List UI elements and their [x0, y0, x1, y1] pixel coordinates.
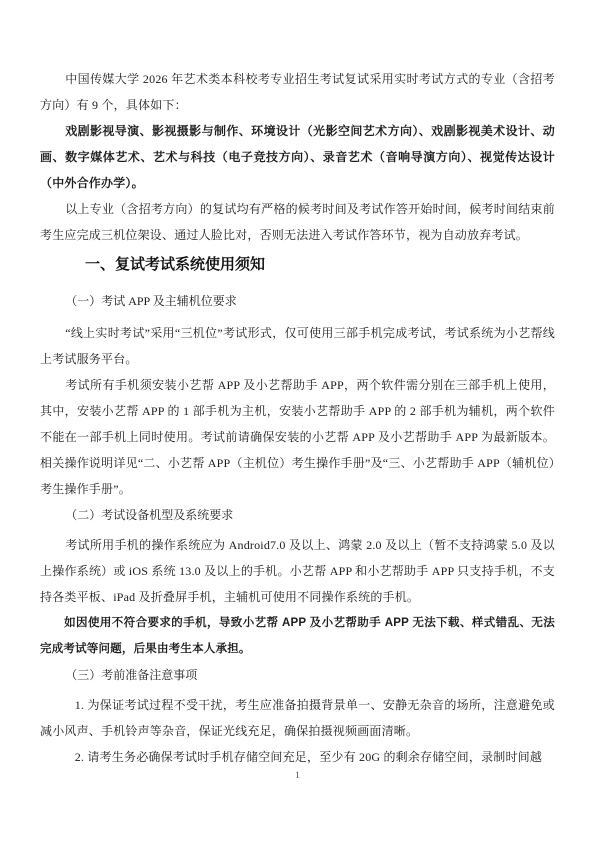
subsection2-paragraph-1: 考试所用手机的操作系统应为 Android7.0 及以上、鸿蒙 2.0 及以上（… [40, 532, 555, 610]
subsection1-title: （一）考试 APP 及主辅机位要求 [40, 288, 555, 314]
preparation-item-2: 2. 请考生务必确保考试时手机存储空间充足，至少有 20G 的剩余存储空间，录制… [40, 744, 555, 770]
section1-heading: 一、复试考试系统使用须知 [40, 252, 555, 278]
subsection3-title: （三）考前准备注意事项 [40, 662, 555, 688]
exam-time-notice-paragraph: 以上专业（含招考方向）的复试均有严格的候考时间及考试作答开始时间，候考时间结束前… [40, 196, 555, 248]
subsection1-paragraph-2: 考试所有手机须安装小艺帮 APP 及小艺帮助手 APP，两个软件需分别在三部手机… [40, 372, 555, 502]
document-page: 中国传媒大学 2026 年艺术类本科校考专业招生考试复试采用实时考试方式的专业（… [0, 0, 595, 842]
majors-list-paragraph: 戏剧影视导演、影视摄影与制作、环境设计（光影空间艺术方向）、戏剧影视美术设计、动… [40, 118, 555, 196]
subsection1-paragraph-1: “线上实时考试”采用“三机位”考试形式，仅可使用三部手机完成考试，考试系统为小艺… [40, 320, 555, 372]
page-number: 1 [0, 770, 595, 780]
subsection2-title: （二）考试设备机型及系统要求 [40, 502, 555, 528]
preparation-item-1: 1. 为保证考试过程不受干扰，考生应准备拍摄背景单一、安静无杂音的场所，注意避免… [40, 692, 555, 744]
intro-paragraph: 中国传媒大学 2026 年艺术类本科校考专业招生考试复试采用实时考试方式的专业（… [40, 66, 555, 118]
document-body: 中国传媒大学 2026 年艺术类本科校考专业招生考试复试采用实时考试方式的专业（… [40, 66, 555, 770]
subsection2-warning-paragraph: 如因使用不符合要求的手机，导致小艺帮 APP 及小艺帮助手 APP 无法下载、样… [40, 610, 555, 662]
